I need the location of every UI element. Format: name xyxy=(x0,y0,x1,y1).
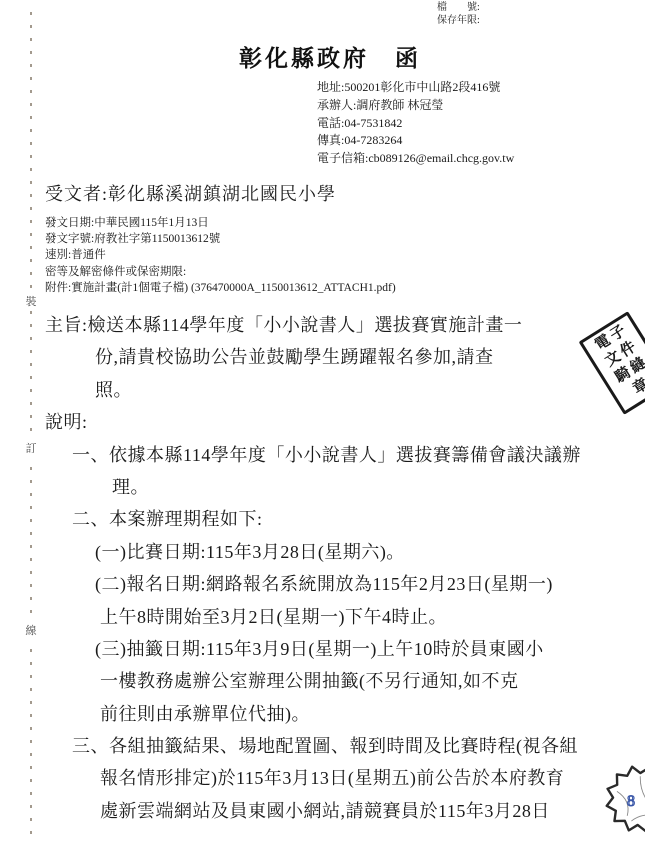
body-line: 說明: xyxy=(0,406,645,438)
body-line: 處新雲端網站及員東國小網站,請競賽員於115年3月28日 xyxy=(0,795,645,827)
body-line: 一、依據本縣114學年度「小小說書人」選拔賽籌備會議決議辦 xyxy=(0,439,645,471)
body-line: 二、本案辦理期程如下: xyxy=(0,503,645,535)
body-line: 理。 xyxy=(0,471,645,503)
body-line: 份,請貴校協助公告並鼓勵學生踴躍報名參加,請查 xyxy=(0,341,645,373)
recipient-line: 受文者:彰化縣溪湖鎮湖北國民小學 xyxy=(45,180,336,206)
body-line: (二)報名日期:網路報名系統開放為115年2月23日(星期一) xyxy=(0,568,645,600)
seal-flower-icon xyxy=(600,760,645,838)
meta-line: 附件:實施計畫(計1個電子檔) (376470000A_1150013612_A… xyxy=(45,280,396,296)
body-line: 照。 xyxy=(0,374,645,406)
body-line: 前往則由承辦單位代抽)。 xyxy=(0,698,645,730)
meta-block: 發文日期:中華民國115年1月13日發文字號:府教社字第1150013612號速… xyxy=(45,215,396,296)
sender-line: 電子信箱:cb089126@email.chcg.gov.tw xyxy=(317,150,514,168)
meta-line: 發文日期:中華民國115年1月13日 xyxy=(45,215,396,231)
sender-line: 電話:04-7531842 xyxy=(317,115,514,133)
page-number-seal: 8 xyxy=(597,757,645,841)
meta-line: 密等及解密條件或保密期限: xyxy=(45,264,396,280)
body-line: 報名情形排定)於115年3月13日(星期五)前公告於本府教育 xyxy=(0,762,645,794)
body-line: 主旨:檢送本縣114學年度「小小說書人」選拔賽實施計畫一 xyxy=(0,309,645,341)
body-line: 一樓教務處辦公室辦理公開抽籤(不另行通知,如不克 xyxy=(0,665,645,697)
sender-line: 承辦人:調府教師 林冠瑩 xyxy=(317,97,514,115)
sender-block: 地址:500201彰化市中山路2段416號承辦人:調府教師 林冠瑩電話:04-7… xyxy=(317,79,514,168)
file-number-label: 檔 號: xyxy=(437,1,480,14)
body-line: (三)抽籤日期:115年3月9日(星期一)上午10時於員東國小 xyxy=(0,633,645,665)
retention-period-label: 保存年限: xyxy=(437,14,480,27)
meta-line: 速別:普通件 xyxy=(45,247,396,263)
document-title: 彰化縣政府 函 xyxy=(0,40,645,73)
body-line: (一)比賽日期:115年3月28日(星期六)。 xyxy=(0,536,645,568)
sender-line: 地址:500201彰化市中山路2段416號 xyxy=(317,79,514,97)
sender-line: 傳真:04-7283264 xyxy=(317,132,514,150)
official-letter-page: 裝 訂 線 檔 號: 保存年限: 彰化縣政府 函 地址:500201彰化市中山路… xyxy=(0,0,645,842)
body-line: 上午8時開始至3月2日(星期一)下午4時止。 xyxy=(0,601,645,633)
header-archive-fields: 檔 號: 保存年限: xyxy=(437,1,480,27)
body-line: 三、各組抽籤結果、場地配置圖、報到時間及比賽時程(視各組 xyxy=(0,730,645,762)
meta-line: 發文字號:府教社字第1150013612號 xyxy=(45,231,396,247)
body: 主旨:檢送本縣114學年度「小小說書人」選拔賽實施計畫一份,請貴校協助公告並鼓勵… xyxy=(0,309,645,827)
seal-page-number: 8 xyxy=(627,793,635,810)
